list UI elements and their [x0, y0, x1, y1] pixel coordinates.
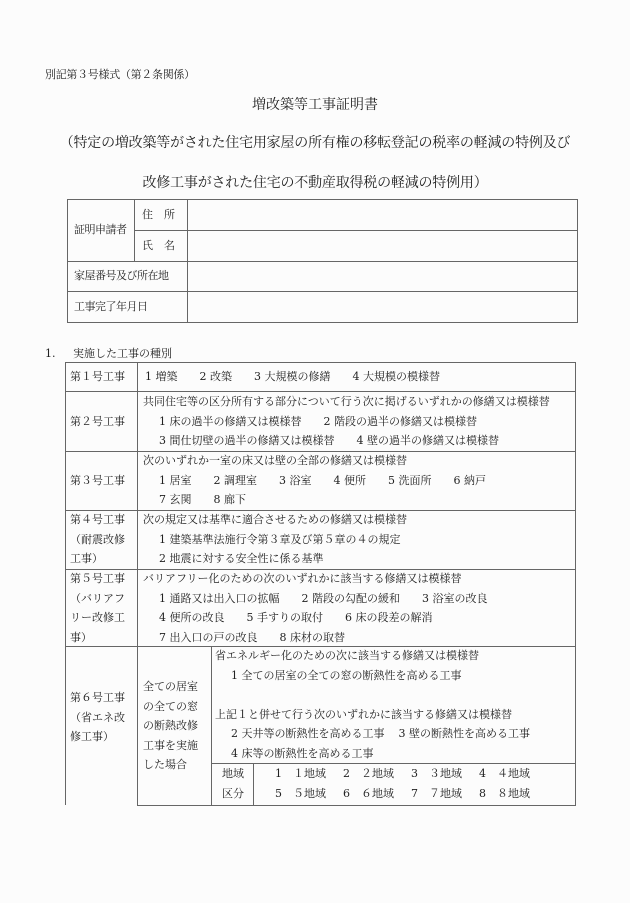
name-label: 氏 名	[142, 238, 175, 253]
work-type-label: 第２号工事	[70, 391, 125, 451]
option-2[interactable]: 2 階段の過半の修繕又は模様替	[324, 415, 478, 428]
region-label: 地域 区分	[222, 764, 244, 803]
option-8[interactable]: 8 床材の取替	[280, 631, 346, 644]
option-1[interactable]: 1 建築基準法施行令第３章及び第５章の４の規定	[143, 530, 407, 550]
label-line: 第５号工事	[70, 569, 125, 589]
option-description: 省エネルギー化のための次に該当する修繕又は模様替	[215, 646, 552, 666]
table-border	[211, 646, 212, 806]
option-2[interactable]: 2 地震に対する安全性に係る基準	[143, 549, 407, 569]
work-type-options: 1 増築2 改築3 大規模の修繕4 大規模の模様替	[145, 362, 462, 391]
label-line: 区分	[222, 784, 244, 804]
option-major-repair[interactable]: 3 大規模の修繕	[254, 370, 331, 383]
option-1[interactable]: 1 全ての居室の全ての窓の断熱性を高める工事	[215, 666, 552, 686]
option-renovation[interactable]: 2 改築	[200, 370, 233, 383]
label-line: 第３号工事	[70, 473, 125, 488]
document-title: 増改築等工事証明書	[0, 94, 630, 114]
option-1[interactable]: 1 床の過半の修繕又は模様替	[159, 415, 302, 428]
label-line: 事）	[70, 628, 125, 648]
table-border	[67, 322, 578, 323]
option-4[interactable]: 4 便所の改良	[159, 611, 225, 624]
spacer	[215, 685, 552, 705]
work-type-options: 次のいずれか一室の床又は壁の全部の修繕又は模様替 1 居室2 調理室3 浴室4 …	[143, 451, 508, 510]
condition-line: した場合	[143, 755, 198, 775]
section-number: 1.	[45, 347, 73, 360]
condition-label: 全ての居室 の全ての窓 の断熱改修 工事を実施 した場合	[143, 677, 198, 775]
form-number: 別記第３号様式（第２条関係）	[45, 66, 195, 82]
house-number-label: 家屋番号及び所在地	[74, 268, 169, 283]
region-option-6[interactable]: 6 ６地域	[343, 784, 411, 804]
label-line: 第４号工事	[70, 510, 125, 530]
label-line: （バリアフ	[70, 589, 125, 609]
option-2[interactable]: 2 階段の勾配の緩和	[302, 592, 401, 605]
option-extension[interactable]: 1 増築	[145, 370, 178, 383]
option-8[interactable]: 8 廊下	[214, 493, 247, 506]
work-type-label: 第１号工事	[70, 362, 125, 391]
option-1[interactable]: 1 通路又は出入口の拡幅	[159, 592, 280, 605]
option-2[interactable]: 2 調理室	[214, 474, 258, 487]
table-border	[134, 230, 578, 231]
option-4[interactable]: 4 便所	[334, 474, 367, 487]
work-type-label: 第３号工事	[70, 451, 125, 510]
region-option-5[interactable]: 5 ５地域	[275, 784, 343, 804]
label-line: （省エネ改	[70, 708, 125, 728]
option-4[interactable]: 4 壁の過半の修繕又は模様替	[357, 434, 500, 447]
table-border	[137, 362, 138, 806]
option-description: 次のいずれか一室の床又は壁の全部の修繕又は模様替	[143, 451, 508, 471]
option-3[interactable]: 3 間仕切壁の過半の修繕又は模様替	[159, 434, 335, 447]
region-options: 1 １地域2 ２地域3 ３地域4 ４地域 5 ５地域6 ６地域7 ７地域8 ８地…	[275, 764, 547, 803]
work-type-options: バリアフリー化のための次のいずれかに該当する修繕又は模様替 1 通路又は出入口の…	[143, 569, 510, 647]
table-border	[67, 199, 68, 323]
option-4[interactable]: 4 床等の断熱性を高める工事	[215, 744, 552, 764]
option-3[interactable]: 3 浴室の改良	[422, 592, 488, 605]
option-5[interactable]: 5 洗面所	[388, 474, 432, 487]
label-line: 修工事）	[70, 727, 125, 747]
option-1[interactable]: 1 居室	[159, 474, 192, 487]
label-line: 地域	[222, 764, 244, 784]
work-type-label: 第４号工事 （耐震改修 工事）	[70, 510, 125, 569]
label-line: 第２号工事	[70, 414, 125, 429]
section-title: 実施した工事の種別	[73, 347, 172, 360]
address-label: 住 所	[142, 207, 175, 222]
condition-line: の断熱改修	[143, 716, 198, 736]
completion-date-field[interactable]	[192, 299, 572, 317]
table-border	[575, 362, 576, 806]
label-line: リー改修工	[70, 608, 125, 628]
condition-line: 工事を実施	[143, 736, 198, 756]
option-6[interactable]: 6 納戸	[454, 474, 487, 487]
label-line: 第１号工事	[70, 369, 125, 384]
section-heading: 1.実施した工事の種別	[45, 345, 172, 361]
work-type-options: 省エネルギー化のための次に該当する修繕又は模様替 1 全ての居室の全ての窓の断熱…	[215, 646, 552, 763]
region-option-3[interactable]: 3 ３地域	[411, 764, 479, 784]
name-field[interactable]	[192, 238, 572, 256]
table-border	[65, 362, 66, 805]
completion-date-label: 工事完了年月日	[74, 299, 148, 314]
option-3[interactable]: 3 浴室	[279, 474, 312, 487]
region-option-1[interactable]: 1 １地域	[275, 764, 343, 784]
document-subtitle-line1: （特定の増改築等がされた住宅用家屋の所有権の移転登記の税率の軽減の特例及び	[0, 132, 630, 152]
option-2[interactable]: 2 天井等の断熱性を高める工事	[231, 727, 385, 740]
work-type-options: 共同住宅等の区分所有する部分について行う次に掲げるいずれかの修繕又は模様替 1 …	[143, 392, 550, 451]
table-border	[577, 199, 578, 323]
option-description: 上記１と併せて行う次のいずれかに該当する修繕又は模様替	[215, 705, 552, 725]
region-option-8[interactable]: 8 ８地域	[479, 784, 547, 804]
table-border	[67, 261, 578, 262]
option-description: 次の規定又は基準に適合させるための修繕又は模様替	[143, 510, 407, 530]
address-field[interactable]	[192, 207, 572, 225]
label-line: （耐震改修	[70, 530, 125, 550]
work-type-label: 第５号工事 （バリアフ リー改修工 事）	[70, 569, 125, 647]
document-subtitle-line2: 改修工事がされた住宅の不動産取得税の軽減の特例用）	[0, 172, 630, 192]
region-option-4[interactable]: 4 ４地域	[479, 764, 547, 784]
region-option-2[interactable]: 2 ２地域	[343, 764, 411, 784]
condition-line: の全ての窓	[143, 697, 198, 717]
region-option-7[interactable]: 7 ７地域	[411, 784, 479, 804]
option-7[interactable]: 7 出入口の戸の改良	[159, 631, 258, 644]
house-number-field[interactable]	[192, 268, 572, 286]
table-border	[134, 199, 135, 261]
option-6[interactable]: 6 床の段差の解消	[345, 611, 433, 624]
work-type-label: 第６号工事 （省エネ改 修工事）	[70, 688, 125, 747]
option-major-remodel[interactable]: 4 大規模の模様替	[353, 370, 441, 383]
table-border	[137, 805, 576, 806]
table-border	[187, 199, 188, 323]
table-border	[253, 763, 254, 806]
table-border	[67, 199, 578, 200]
work-type-options: 次の規定又は基準に適合させるための修繕又は模様替 1 建築基準法施行令第３章及び…	[143, 510, 407, 569]
label-line: 第６号工事	[70, 688, 125, 708]
option-description: 共同住宅等の区分所有する部分について行う次に掲げるいずれかの修繕又は模様替	[143, 392, 550, 412]
condition-line: 全ての居室	[143, 677, 198, 697]
option-description: バリアフリー化のための次のいずれかに該当する修繕又は模様替	[143, 569, 510, 589]
option-5[interactable]: 5 手すりの取付	[247, 611, 324, 624]
applicant-label: 証明申請者	[74, 222, 127, 237]
table-border	[67, 291, 578, 292]
option-3[interactable]: 3 壁の断熱性を高める工事	[399, 727, 531, 740]
option-7[interactable]: 7 玄関	[159, 493, 192, 506]
label-line: 工事）	[70, 549, 125, 569]
